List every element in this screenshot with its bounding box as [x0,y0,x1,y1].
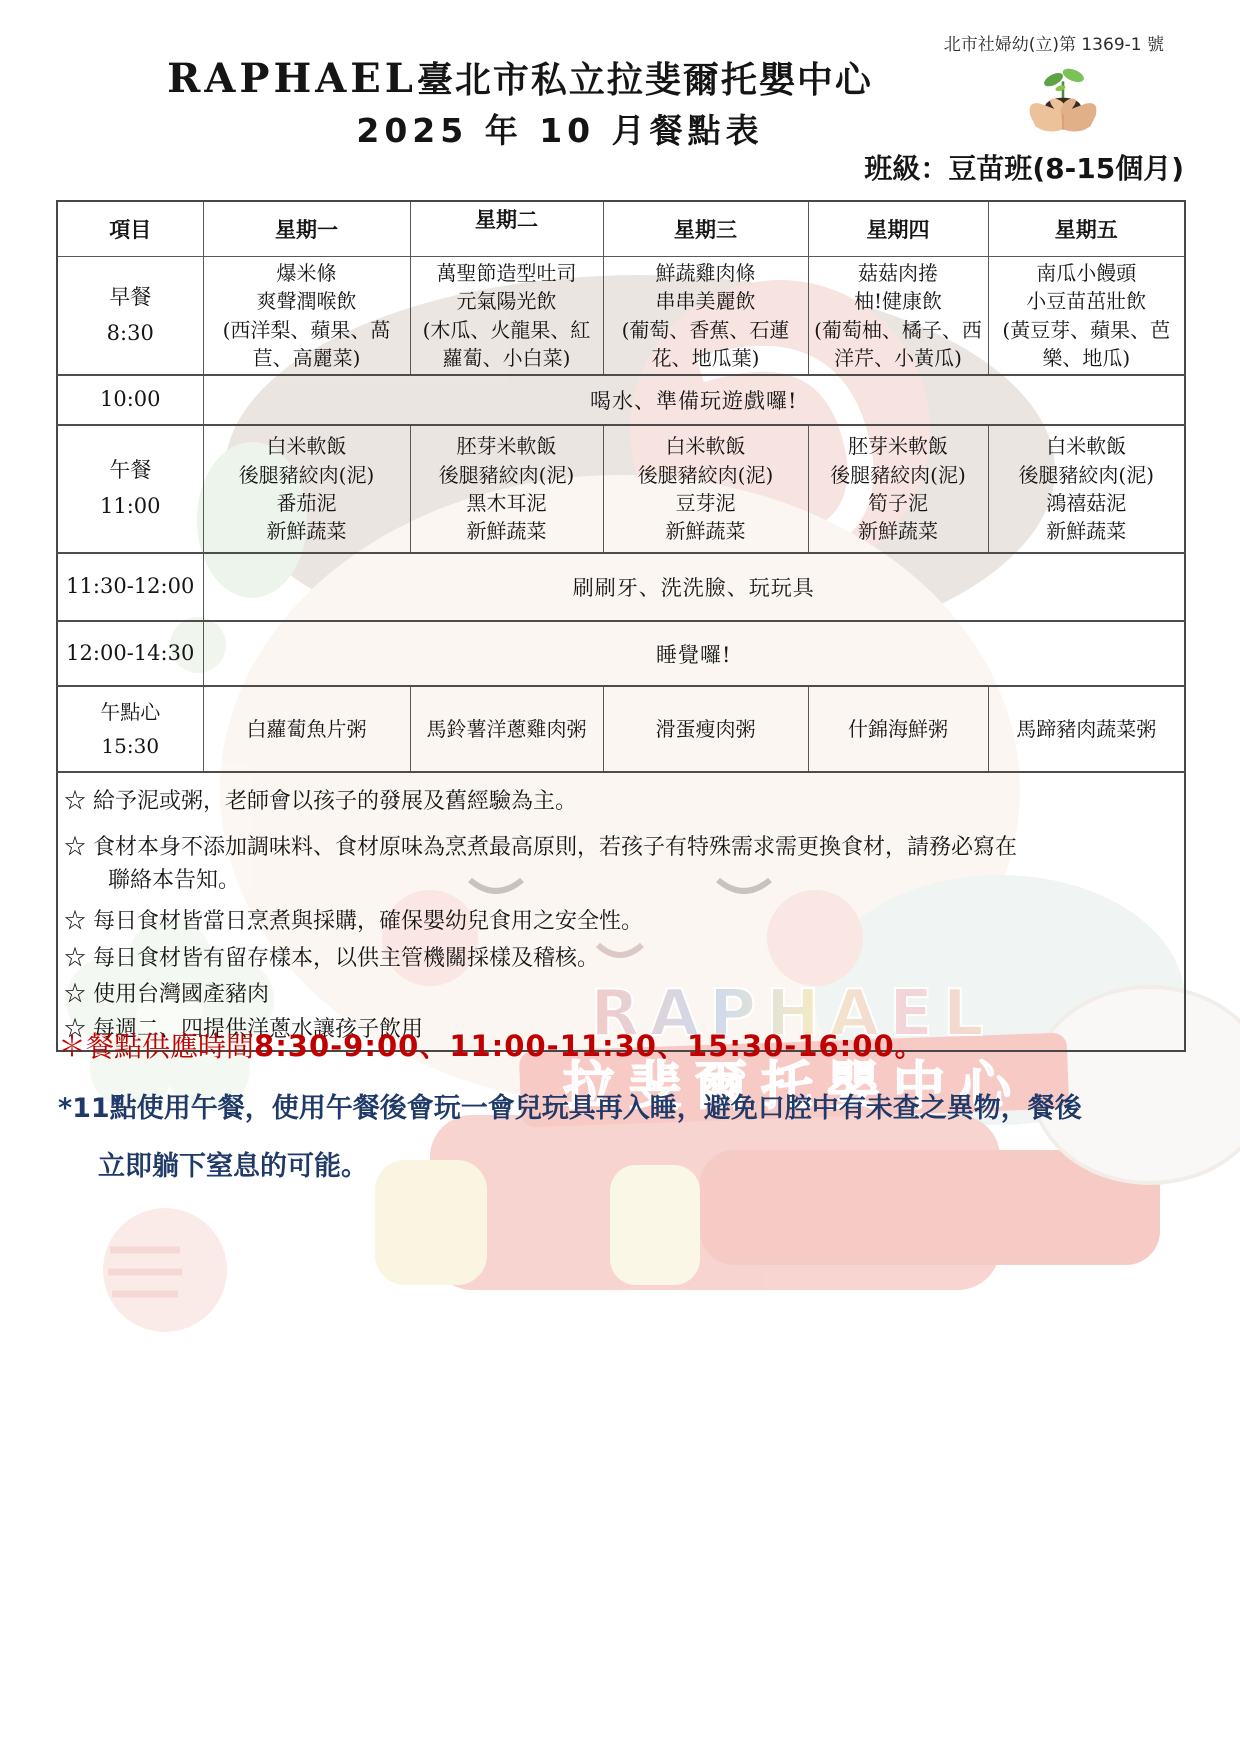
lunch-wednesday: 白米軟飯後腿豬絞肉(泥)豆芽泥新鮮蔬菜 [603,425,808,553]
breakfast-monday: 爆米條爽聲潤喉飲(西洋梨、蘋果、萵苣、高麗菜) [203,257,410,376]
col-header-tuesday: 星期二 [410,201,603,257]
note-item: ☆ 使用台灣國產豬肉 [64,978,1174,1011]
notes-section: ☆ 給予泥或粥，老師會以孩子的發展及舊經驗為主。 ☆ 食材本身不添加調味料、食材… [57,772,1185,1051]
hygiene-row: 11:30-12:00 刷刷牙、洗洗臉、玩玩具 [57,553,1185,621]
meal-schedule-table: 項目 星期一 星期二 星期三 星期四 星期五 早餐 8:30 爆米條爽聲潤喉飲(… [56,200,1186,1052]
class-label: 班級：豆苗班(8-15個月) [864,147,1184,187]
nap-row: 12:00-14:30 睡覺囉! [57,621,1185,686]
lunch-label: 午餐 11:00 [57,425,203,553]
note-item: ☆ 每日食材皆有留存樣本，以供主管機關採樣及稽核。 [64,942,1174,975]
serving-time-prefix: ＊餐點供應時間 [58,1030,254,1063]
note-item: ☆ 給予泥或粥，老師會以孩子的發展及舊經驗為主。 [64,785,1174,818]
snack-tuesday: 馬鈴薯洋蔥雞肉粥 [410,686,603,772]
col-header-friday: 星期五 [988,201,1185,257]
snack-label: 午點心 15:30 [57,686,203,772]
breakfast-thursday: 菇菇肉捲柚!健康飲(葡萄柚、橘子、西洋芹、小黃瓜) [808,257,988,376]
note-item: ☆ 食材本身不添加調味料、食材原味為烹煮最高原則，若孩子有特殊需求需更換食材，請… [64,831,1174,897]
hands-seedling-photo [1020,62,1106,142]
hygiene-activity: 刷刷牙、洗洗臉、玩玩具 [203,553,1185,621]
lunch-monday: 白米軟飯後腿豬絞肉(泥)番茄泥新鮮蔬菜 [203,425,410,553]
col-header-wednesday: 星期三 [603,201,808,257]
breakfast-label: 早餐 8:30 [57,257,203,376]
nap-activity: 睡覺囉! [203,621,1185,686]
hygiene-time-label: 11:30-12:00 [57,553,203,621]
col-header-thursday: 星期四 [808,201,988,257]
center-name: 臺北市私立拉斐爾托嬰中心 [417,60,873,101]
snack-row: 午點心 15:30 白蘿蔔魚片粥 馬鈴薯洋蔥雞肉粥 滑蛋瘦肉粥 什錦海鮮粥 馬蹄… [57,686,1185,772]
nap-time-label: 12:00-14:30 [57,621,203,686]
snack-monday: 白蘿蔔魚片粥 [203,686,410,772]
breakfast-wednesday: 鮮蔬雞肉條串串美麗飲(葡萄、香蕉、石蓮花、地瓜葉) [603,257,808,376]
water-time-row: 10:00 喝水、準備玩遊戲囉! [57,375,1185,425]
col-header-item: 項目 [57,201,203,257]
breakfast-friday: 南瓜小饅頭小豆苗茁壯飲(黃豆芽、蘋果、芭樂、地瓜) [988,257,1185,376]
serving-time-note: ＊餐點供應時間8:30-9:00、11:00-11:30、15:30-16:00… [58,1024,1188,1065]
page-subtitle: 2025 年 10 月餐點表 [0,105,1120,152]
snack-wednesday: 滑蛋瘦肉粥 [603,686,808,772]
notes-row: ☆ 給予泥或粥，老師會以孩子的發展及舊經驗為主。 ☆ 食材本身不添加調味料、食材… [57,772,1185,1051]
lunch-row: 午餐 11:00 白米軟飯後腿豬絞肉(泥)番茄泥新鮮蔬菜 胚芽米軟飯後腿豬絞肉(… [57,425,1185,553]
water-time-activity: 喝水、準備玩遊戲囉! [203,375,1185,425]
note-item: ☆ 每日食材皆當日烹煮與採購，確保嬰幼兒食用之安全性。 [64,905,1174,938]
lunch-thursday: 胚芽米軟飯後腿豬絞肉(泥)筍子泥新鮮蔬菜 [808,425,988,553]
brand-name: RAPHAEL [167,55,417,102]
page-title: RAPHAEL臺北市私立拉斐爾托嬰中心 [0,52,1040,103]
snack-thursday: 什錦海鮮粥 [808,686,988,772]
serving-time-values: 8:30-9:00、11:00-11:30、15:30-16:00。 [254,1029,925,1063]
lunch-tuesday: 胚芽米軟飯後腿豬絞肉(泥)黑木耳泥新鮮蔬菜 [410,425,603,553]
col-header-monday: 星期一 [203,201,410,257]
menu-document-page: RAPHAEL 拉斐爾托嬰中心 北市社婦幼(立)第 1369-1 號 RAPHA… [0,0,1240,1755]
lunch-friday: 白米軟飯後腿豬絞肉(泥)鴻禧菇泥新鮮蔬菜 [988,425,1185,553]
breakfast-tuesday: 萬聖節造型吐司元氣陽光飲(木瓜、火龍果、紅蘿蔔、小白菜) [410,257,603,376]
snack-friday: 馬蹄豬肉蔬菜粥 [988,686,1185,772]
table-header-row: 項目 星期一 星期二 星期三 星期四 星期五 [57,201,1185,257]
water-time-label: 10:00 [57,375,203,425]
lunch-safety-note: *11點使用午餐，使用午餐後會玩一會兒玩具再入睡，避免口腔中有未查之異物，餐後 … [58,1080,1214,1196]
breakfast-row: 早餐 8:30 爆米條爽聲潤喉飲(西洋梨、蘋果、萵苣、高麗菜) 萬聖節造型吐司元… [57,257,1185,376]
